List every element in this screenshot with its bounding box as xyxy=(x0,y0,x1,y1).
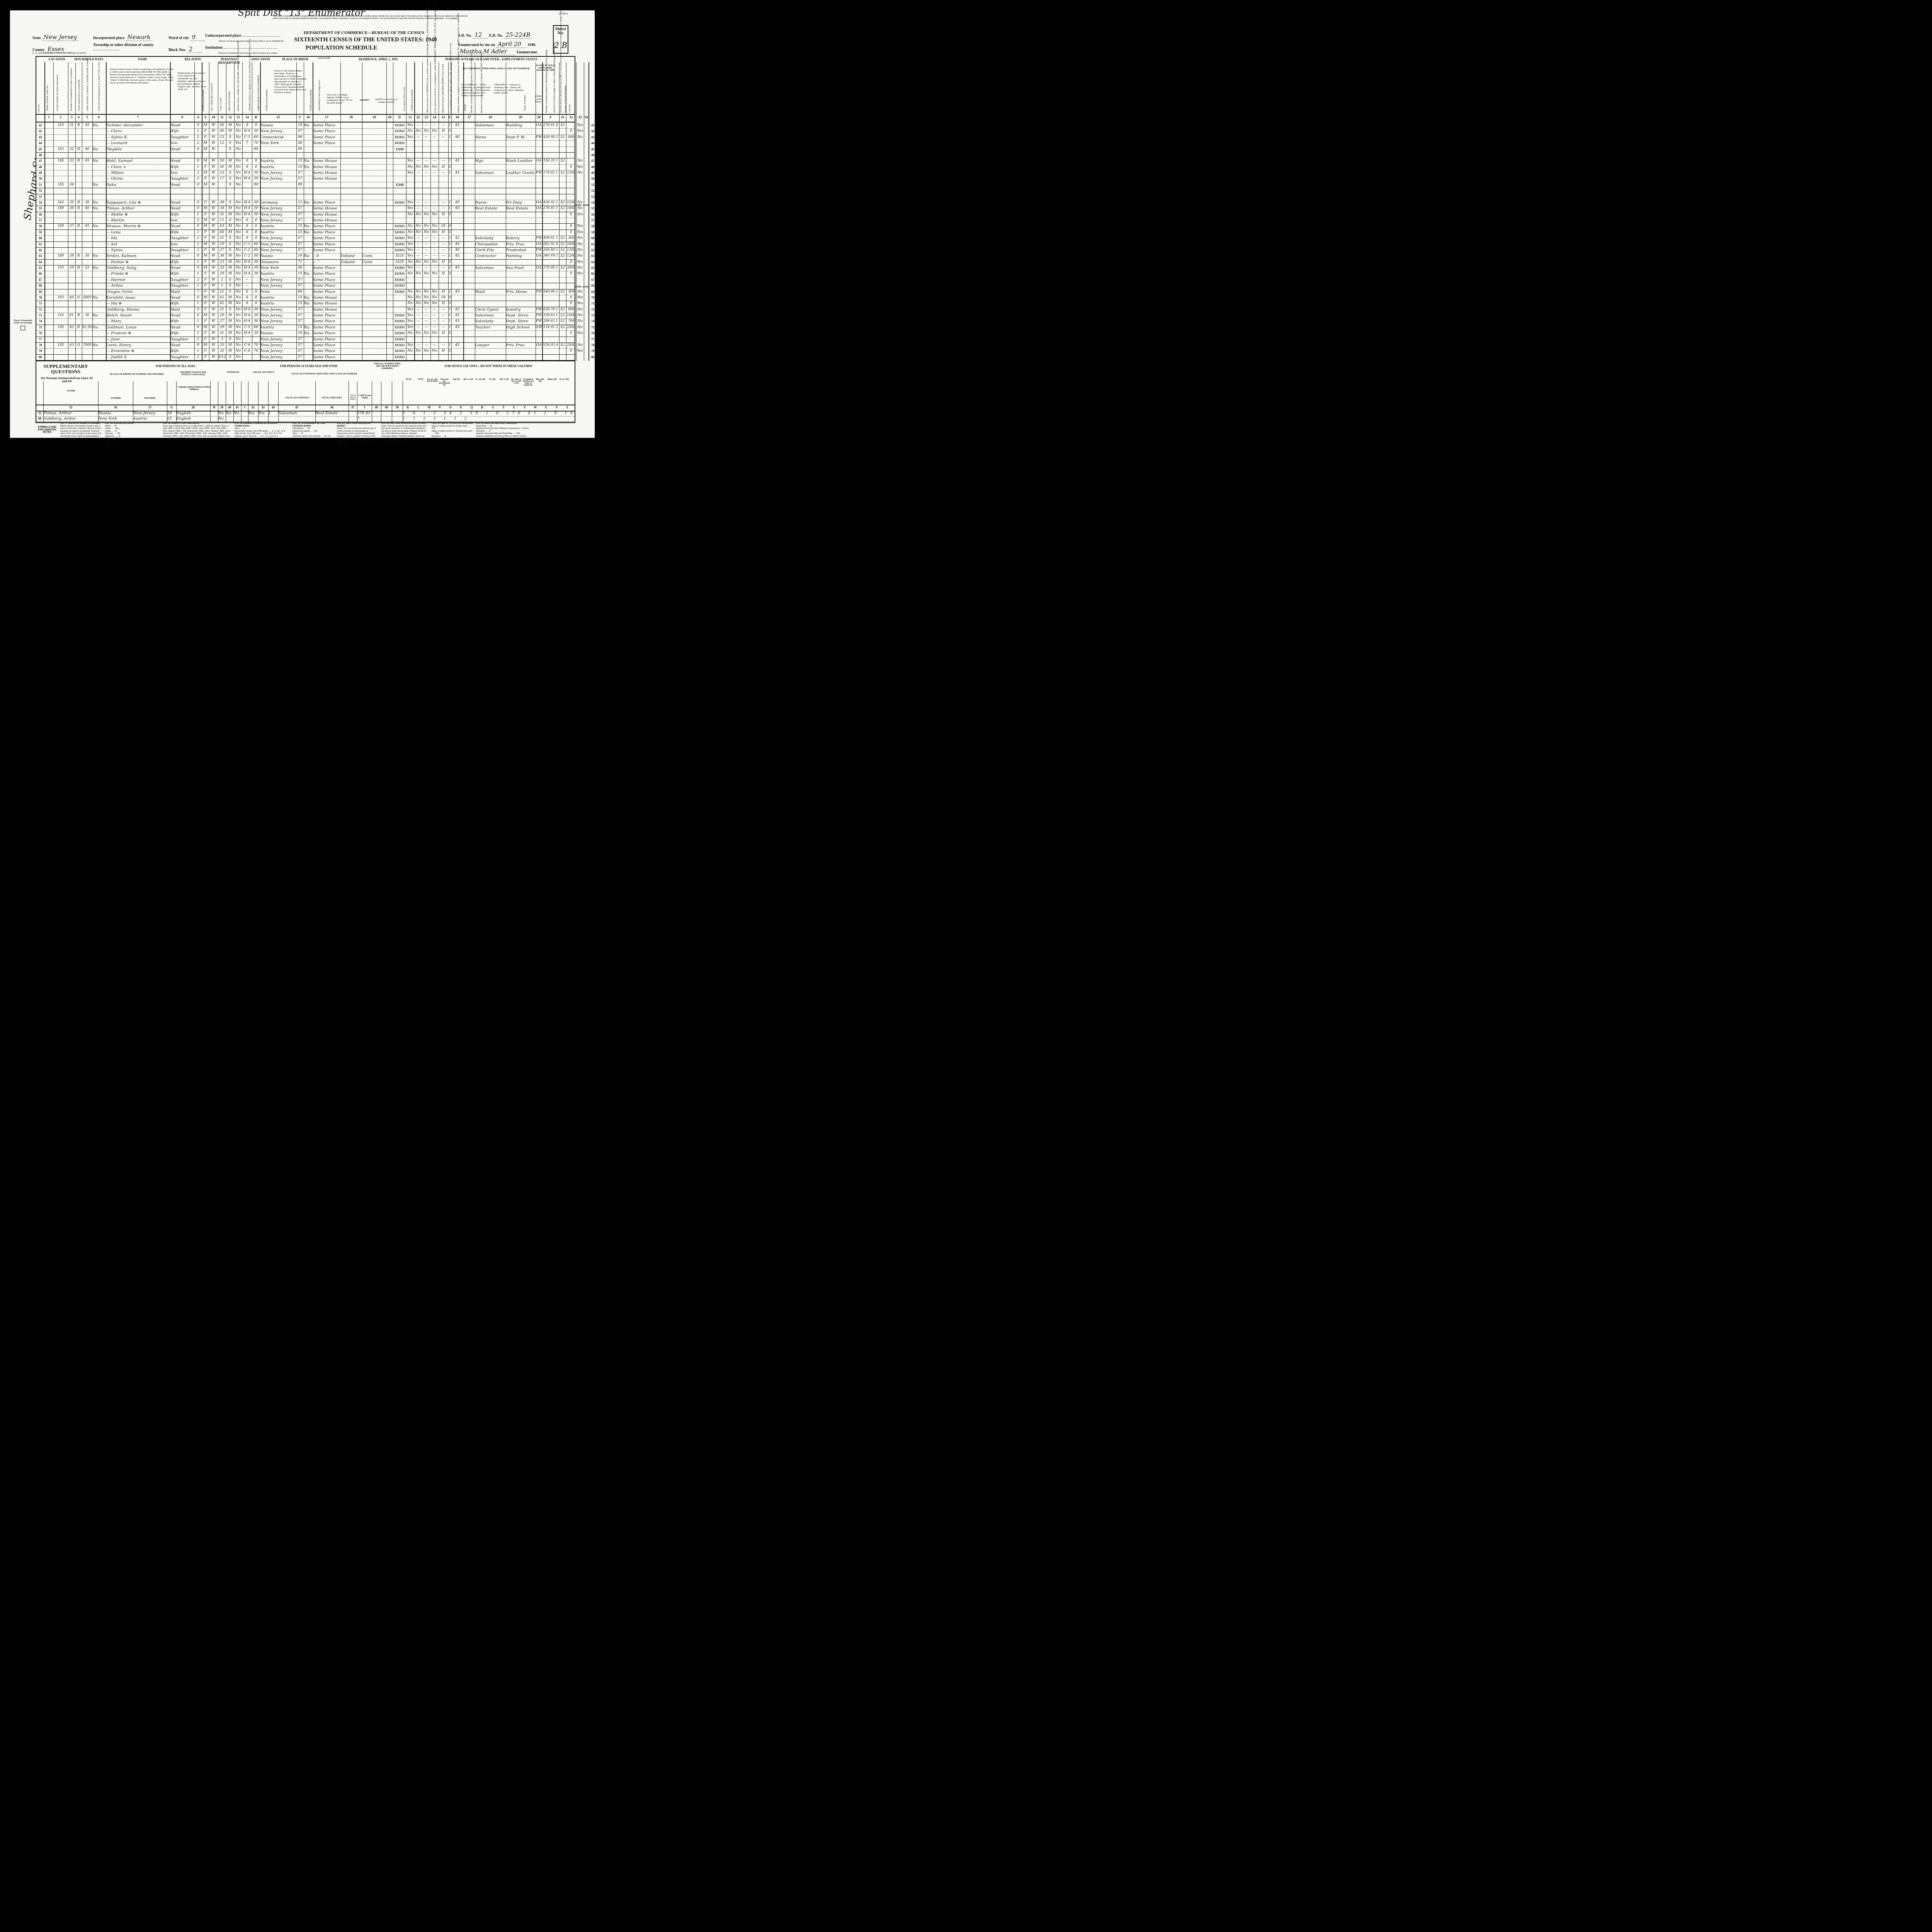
cell-d: XOXO xyxy=(393,241,406,247)
cell-b: 30 xyxy=(252,200,260,206)
cell-wks: 52 xyxy=(559,235,566,241)
cell-sch: No xyxy=(234,265,242,271)
cell-res19 xyxy=(362,307,386,313)
cell-wages: 360 xyxy=(566,235,576,241)
cell-wages: 1000 xyxy=(566,313,576,318)
cell-occ: Clerk-Typist xyxy=(475,307,506,313)
cell-house xyxy=(53,218,68,223)
cell-d xyxy=(393,158,406,164)
cell-inc: Yes xyxy=(576,128,584,134)
cell-c24: — xyxy=(430,235,439,241)
cell-name: — Frances ⊗ xyxy=(106,330,170,336)
cell-sex: F xyxy=(202,128,209,134)
cell-cls xyxy=(536,348,542,354)
cell-mar: S xyxy=(226,182,234,188)
note-item: High school, 1st to 4th year ..... H-1, … xyxy=(235,432,289,435)
cell-c22 xyxy=(414,218,422,223)
cell-occ: Teacher xyxy=(475,325,506,330)
cell-a: 0 xyxy=(194,146,202,152)
cell-wks: 52 xyxy=(559,206,566,211)
table-row: 4518332R40NoIllegibleHead0MWSNo9099XX094… xyxy=(36,146,575,153)
cell-hrs: 42 xyxy=(451,307,463,313)
line-number: 52 xyxy=(36,188,44,194)
residence-county-header: COUNTY xyxy=(357,99,372,102)
cell-race: W xyxy=(209,301,218,306)
cell-d xyxy=(393,218,406,223)
cell-a xyxy=(194,194,202,200)
cell-farm xyxy=(92,164,105,170)
cell-cit xyxy=(304,188,313,194)
cell-hh: 43 xyxy=(68,342,75,348)
cell-cit xyxy=(304,247,313,253)
cell-d xyxy=(393,212,406,218)
cell-mar: M xyxy=(226,223,234,229)
cell-hrs: 45 xyxy=(451,241,463,247)
cell-own xyxy=(75,259,82,265)
line-number: 54 xyxy=(588,200,597,206)
column-number: 27 xyxy=(463,115,475,119)
cell-ind: Building xyxy=(506,122,535,128)
cell-c24: — xyxy=(430,122,439,128)
table-row: 68— ArlineDaughter2FW1SNo—New Jersey57Sa… xyxy=(36,283,575,289)
cell-name: — Leonard xyxy=(106,140,170,146)
cell-sch xyxy=(234,194,242,200)
cell-birth: New Jersey xyxy=(260,318,296,324)
supp-group-women: FOR ALL WOMEN WHO ARE OR HAVE BEEN MARRI… xyxy=(372,363,403,370)
supp-cell-language: English xyxy=(176,411,210,416)
column-divider xyxy=(252,62,252,361)
cell-sex: M xyxy=(202,170,209,176)
cell-c34 xyxy=(584,265,588,271)
cell-inc xyxy=(576,188,584,194)
cell-b: 6 xyxy=(252,218,260,223)
cell-farm: No xyxy=(92,182,105,188)
cell-unemp xyxy=(463,176,475,182)
column-number: 8 xyxy=(170,115,194,119)
note-col16: Col. 16. CITIZENSHIP OF THE FOREIGN BORN… xyxy=(293,422,335,437)
column-number: 34 xyxy=(584,115,588,119)
cell-hrs xyxy=(451,218,463,223)
line-number: 61 xyxy=(36,241,44,247)
cell-c21 xyxy=(406,140,414,146)
cell-name: — Clara xyxy=(106,128,170,134)
cell-rel: Maid xyxy=(170,307,194,313)
office-column-header: Color and nat. (10,15,36,and 37) xyxy=(439,378,450,386)
cell-birth: New Jersey xyxy=(260,241,296,247)
cell-ind: Dept P. W. xyxy=(506,134,535,140)
cell-sex: F xyxy=(202,247,209,253)
cell-c25 xyxy=(439,194,448,200)
cell-grade: H-4 xyxy=(242,212,252,218)
cell-c22 xyxy=(414,354,422,360)
office-column-header: Ten (4) xyxy=(403,378,414,380)
supp-line-number: 68 xyxy=(36,416,43,422)
cell-name: Goldberg, Selig xyxy=(106,265,170,271)
cell-c21: Yes xyxy=(406,318,414,324)
cell-c: 57 xyxy=(296,342,304,348)
cell-c34 xyxy=(584,247,588,253)
cell-wages xyxy=(566,194,576,200)
cell-c23: No xyxy=(422,301,430,306)
cell-value xyxy=(82,134,92,140)
cell-c23: No xyxy=(422,223,430,229)
cell-own: R xyxy=(75,325,82,330)
state-value: New Jersey xyxy=(42,34,79,41)
cell-e: 1 xyxy=(448,241,451,247)
cell-res17: Same House xyxy=(313,301,341,306)
cell-age: 38 xyxy=(218,200,226,206)
cell-age: 39 xyxy=(218,325,226,330)
cell-street xyxy=(44,194,53,200)
column-number: 15 xyxy=(260,115,296,119)
cell-ind xyxy=(506,212,535,218)
cell-age: 23 xyxy=(218,134,226,140)
cell-unemp xyxy=(463,259,475,265)
cell-c22 xyxy=(414,188,422,194)
cell-grade: H-4 xyxy=(242,271,252,277)
cell-f xyxy=(542,212,559,218)
cell-farm: No xyxy=(92,295,105,301)
cell-d xyxy=(393,164,406,170)
cell-mar xyxy=(226,152,234,158)
cell-grade: 8 xyxy=(242,164,252,170)
column-number: 16 xyxy=(304,115,313,119)
supp-cell-c40 xyxy=(226,416,233,422)
cell-c23: No xyxy=(422,348,430,354)
line-number: 50 xyxy=(588,176,597,182)
cell-mar: S xyxy=(226,241,234,247)
cell-street xyxy=(44,140,53,146)
cell-age: 21 xyxy=(218,289,226,295)
cell-c22 xyxy=(414,283,422,289)
cell-race: W xyxy=(209,241,218,247)
supplementary-questions: SUPPLEMENTARY QUESTIONS For Persons Enum… xyxy=(36,360,575,423)
line-number: 76 xyxy=(36,330,44,336)
cell-mar xyxy=(226,188,234,194)
cell-grade: H-4 xyxy=(242,128,252,134)
cell-unemp xyxy=(463,295,475,301)
column-divider xyxy=(106,62,107,361)
cell-mar: S xyxy=(226,235,234,241)
cell-cit: Na xyxy=(304,158,313,164)
cell-c23: — xyxy=(422,170,430,176)
cell-unemp xyxy=(463,218,475,223)
line-number: 73 xyxy=(36,313,44,318)
cell-d xyxy=(393,206,406,211)
cell-rel xyxy=(170,152,194,158)
cell-mar: S xyxy=(226,277,234,283)
cell-occ: Salesman xyxy=(475,122,506,128)
cell-ind: Prudential xyxy=(506,247,535,253)
cell-sch: Yes xyxy=(234,140,242,146)
cell-e xyxy=(448,194,451,200)
cell-c24: — xyxy=(430,318,439,324)
cell-c24: No xyxy=(430,164,439,170)
cell-c22: — xyxy=(414,235,422,241)
cell-res18 xyxy=(340,212,362,218)
continued-checkbox[interactable]: Check, if household contd. on next page xyxy=(13,320,32,330)
cell-rel: Wife xyxy=(170,128,194,134)
cell-occ xyxy=(475,146,506,152)
cell-house xyxy=(53,337,68,342)
cell-hrs xyxy=(451,164,463,170)
office-column-letter: U xyxy=(509,406,519,409)
cell-sch: No xyxy=(234,206,242,211)
cell-occ xyxy=(475,218,506,223)
cell-age: 23 xyxy=(218,170,226,176)
cell-c34 xyxy=(584,342,588,348)
cell-a: 2 xyxy=(194,337,202,342)
column-divider xyxy=(463,62,464,361)
cell-res19 xyxy=(362,289,386,295)
cell-wks: 52 xyxy=(559,241,566,247)
cell-age: 27 xyxy=(218,247,226,253)
cell-race: W xyxy=(209,218,218,223)
cell-res18 xyxy=(340,265,362,271)
cell-b: 60 xyxy=(252,134,260,140)
cell-farm xyxy=(92,318,105,324)
cell-cit: Na xyxy=(304,295,313,301)
cell-house: 193 xyxy=(53,313,68,318)
cell-hh: 37 xyxy=(68,223,75,229)
cell-hrs xyxy=(451,354,463,360)
cell-ind: Bakery xyxy=(506,235,535,241)
cell-hrs: 40 xyxy=(451,247,463,253)
cell-cls xyxy=(536,283,542,289)
cell-b: 8 xyxy=(252,289,260,295)
cell-grade: C-4 xyxy=(242,348,252,354)
cell-value xyxy=(82,330,92,336)
cell-c21: Yes xyxy=(406,206,414,211)
line-number: 80 xyxy=(588,354,597,360)
cell-res20 xyxy=(386,277,393,283)
cell-cit xyxy=(304,212,313,218)
cell-wages xyxy=(566,158,576,164)
cell-c34 xyxy=(584,200,588,206)
table-row: 61— SolSon2MW29SNoC-360New Jersey57Same … xyxy=(36,241,575,248)
supp-column-number: 43 xyxy=(258,406,268,409)
cell-cls xyxy=(536,152,542,158)
office-column-letter: V xyxy=(520,406,530,409)
cell-c: 15 xyxy=(296,271,304,277)
cell-house xyxy=(53,271,68,277)
cell-cit: Na xyxy=(304,325,313,330)
cell-birth: New Jersey xyxy=(260,313,296,318)
line-number: 63 xyxy=(36,253,44,259)
cell-res20 xyxy=(386,134,393,140)
cell-rel: Daughter xyxy=(170,235,194,241)
cell-grade: H-4 xyxy=(242,313,252,318)
cell-c21 xyxy=(406,176,414,182)
cell-farm xyxy=(92,194,105,200)
supp-cell-g: 18 xyxy=(167,411,176,416)
cell-house xyxy=(53,283,68,289)
cell-house xyxy=(53,230,68,235)
office-column-header: Ot. inc. (33) xyxy=(558,378,570,380)
cell-c24: No xyxy=(430,330,439,336)
industry-header: INDUSTRY — Industry or business, as— cot… xyxy=(494,84,525,95)
cell-inc: No xyxy=(576,235,584,241)
cell-c22: No xyxy=(414,212,422,218)
cell-res17: Same Place xyxy=(313,122,341,128)
cell-hh xyxy=(68,354,75,360)
cell-street xyxy=(44,271,53,277)
cell-mar: S xyxy=(226,283,234,289)
cell-b: 30 xyxy=(252,206,260,211)
cell-c34 xyxy=(584,146,588,152)
checkbox[interactable] xyxy=(20,326,25,330)
cell-f: 498 61 1 xyxy=(542,235,559,241)
cell-street xyxy=(44,295,53,301)
cell-wks xyxy=(559,128,566,134)
cell-occ xyxy=(475,230,506,235)
cell-mar: S xyxy=(226,170,234,176)
cell-grade: 6 xyxy=(242,223,252,229)
cell-hh: 35 xyxy=(68,200,75,206)
cell-age: 40 xyxy=(218,128,226,134)
column-number: 5 xyxy=(82,115,92,119)
cell-race: W xyxy=(209,259,218,265)
note-col24: Col. 24. DID THIS PERSON HAVE A JOB?Ente… xyxy=(381,422,428,445)
cell-own: R xyxy=(75,206,82,211)
cell-value: 40 xyxy=(82,146,92,152)
cell-hrs xyxy=(451,188,463,194)
cell-race: W xyxy=(209,354,218,360)
cell-c: 57 xyxy=(296,277,304,283)
cell-birth: New Jersey xyxy=(260,277,296,283)
unincorporated-value xyxy=(242,36,280,37)
office-column-header: Occupation, industry, and class of worke… xyxy=(522,378,534,386)
cell-value xyxy=(82,212,92,218)
cell-house: 189 xyxy=(53,206,68,211)
cell-cit xyxy=(304,218,313,223)
line-number: 49 xyxy=(588,170,597,176)
cell-e xyxy=(448,176,451,182)
office-column-letter: W xyxy=(530,406,541,409)
cell-wks xyxy=(559,259,566,265)
cell-c: 15 xyxy=(296,158,304,164)
cell-sch: No xyxy=(234,342,242,348)
cell-wages: 0 xyxy=(566,230,576,235)
cell-street xyxy=(44,313,53,318)
column-number: B xyxy=(252,115,260,119)
cell-hh xyxy=(68,164,75,170)
cell-house xyxy=(53,277,68,283)
cell-house: 183 xyxy=(53,122,68,128)
cell-house: 189 xyxy=(53,223,68,229)
column-divider xyxy=(506,62,506,361)
cell-own: R xyxy=(75,265,82,271)
supp-cell-c44 xyxy=(268,416,278,422)
table-row: 5818937R65NoStrauss, Morris ⊗Head0MW63MN… xyxy=(36,223,575,230)
cell-wages xyxy=(566,176,576,182)
cell-rel: Head xyxy=(170,206,194,211)
cell-res17: Same Place xyxy=(313,271,341,277)
supp-cell-father: Russia xyxy=(98,411,133,416)
cell-cls: OA xyxy=(536,265,542,271)
cell-c: 99 xyxy=(296,146,304,152)
table-row: 69Gregos, IreneMaid7FW21SNo88Penn.68Same… xyxy=(36,289,575,295)
cell-f: 436 92 1 xyxy=(542,200,559,206)
cell-c34 xyxy=(584,194,588,200)
cell-wks xyxy=(559,330,566,336)
cell-hh xyxy=(68,348,75,354)
cell-e xyxy=(448,283,451,289)
cell-wks: 52 xyxy=(559,313,566,318)
cell-f: 134 91 2 xyxy=(542,325,559,330)
cell-sex: M xyxy=(202,122,209,128)
cell-f xyxy=(542,223,559,229)
cell-hh xyxy=(68,194,75,200)
cell-unemp xyxy=(463,247,475,253)
supp-cell-j: 276 81 1 xyxy=(357,411,372,416)
cell-birth: Austria xyxy=(260,325,296,330)
cell-farm xyxy=(92,230,105,235)
cell-ind xyxy=(506,140,535,146)
ward-value: 9 xyxy=(190,34,205,41)
block-field: Block Nos. 2 xyxy=(168,46,202,53)
cell-race: W xyxy=(209,140,218,146)
cell-c34 xyxy=(584,307,588,313)
cell-inc: No xyxy=(576,313,584,318)
cell-c22: No xyxy=(414,164,422,170)
supp-column-number: G xyxy=(167,406,176,409)
office-column-header: Gr. com. (B) xyxy=(474,378,486,380)
column-divider xyxy=(340,62,341,361)
cell-a: 1 xyxy=(194,230,202,235)
supp-cell-c50 xyxy=(392,416,403,422)
cell-street xyxy=(44,188,53,194)
cell-c25: H xyxy=(439,271,448,277)
column-divider xyxy=(218,62,218,361)
cell-c21 xyxy=(406,283,414,289)
column-divider xyxy=(584,62,584,361)
cell-e: 1 xyxy=(448,134,451,140)
cell-res18 xyxy=(340,342,362,348)
cell-rel: Head xyxy=(170,265,194,271)
cell-name: — Ernestine ⊗ xyxy=(106,348,170,354)
cell-c34 xyxy=(584,188,588,194)
line-number: 47 xyxy=(36,158,44,164)
cell-c xyxy=(296,188,304,194)
cell-house xyxy=(53,259,68,265)
cell-mar: M xyxy=(226,342,234,348)
cell-occ: Chiropodist xyxy=(475,241,506,247)
cell-race: W xyxy=(209,253,218,259)
cell-wks xyxy=(559,164,566,170)
cell-street xyxy=(44,301,53,306)
cell-res19 xyxy=(362,330,386,336)
cell-occ xyxy=(475,259,506,265)
cell-birth: Austria xyxy=(260,158,296,164)
cell-inc: No xyxy=(576,318,584,324)
cell-unemp xyxy=(463,337,475,342)
cell-cls: PW xyxy=(536,235,542,241)
line-number: 46 xyxy=(588,152,597,158)
supp-group-office: FOR OFFICE USE ONLY—DO NOT WRITE IN THES… xyxy=(403,364,573,368)
cell-b: 30 xyxy=(252,212,260,218)
cell-occ: Salesman xyxy=(475,313,506,318)
cell-res17: Same House xyxy=(313,295,341,301)
cell-inc: Yes xyxy=(576,295,584,301)
column-divider xyxy=(536,62,536,361)
cell-street xyxy=(44,164,53,170)
cell-d: XX09 xyxy=(393,146,406,152)
cell-sex: F xyxy=(202,176,209,182)
cell-hh xyxy=(68,283,75,289)
cell-sex xyxy=(202,152,209,158)
cell-c34 xyxy=(584,235,588,241)
